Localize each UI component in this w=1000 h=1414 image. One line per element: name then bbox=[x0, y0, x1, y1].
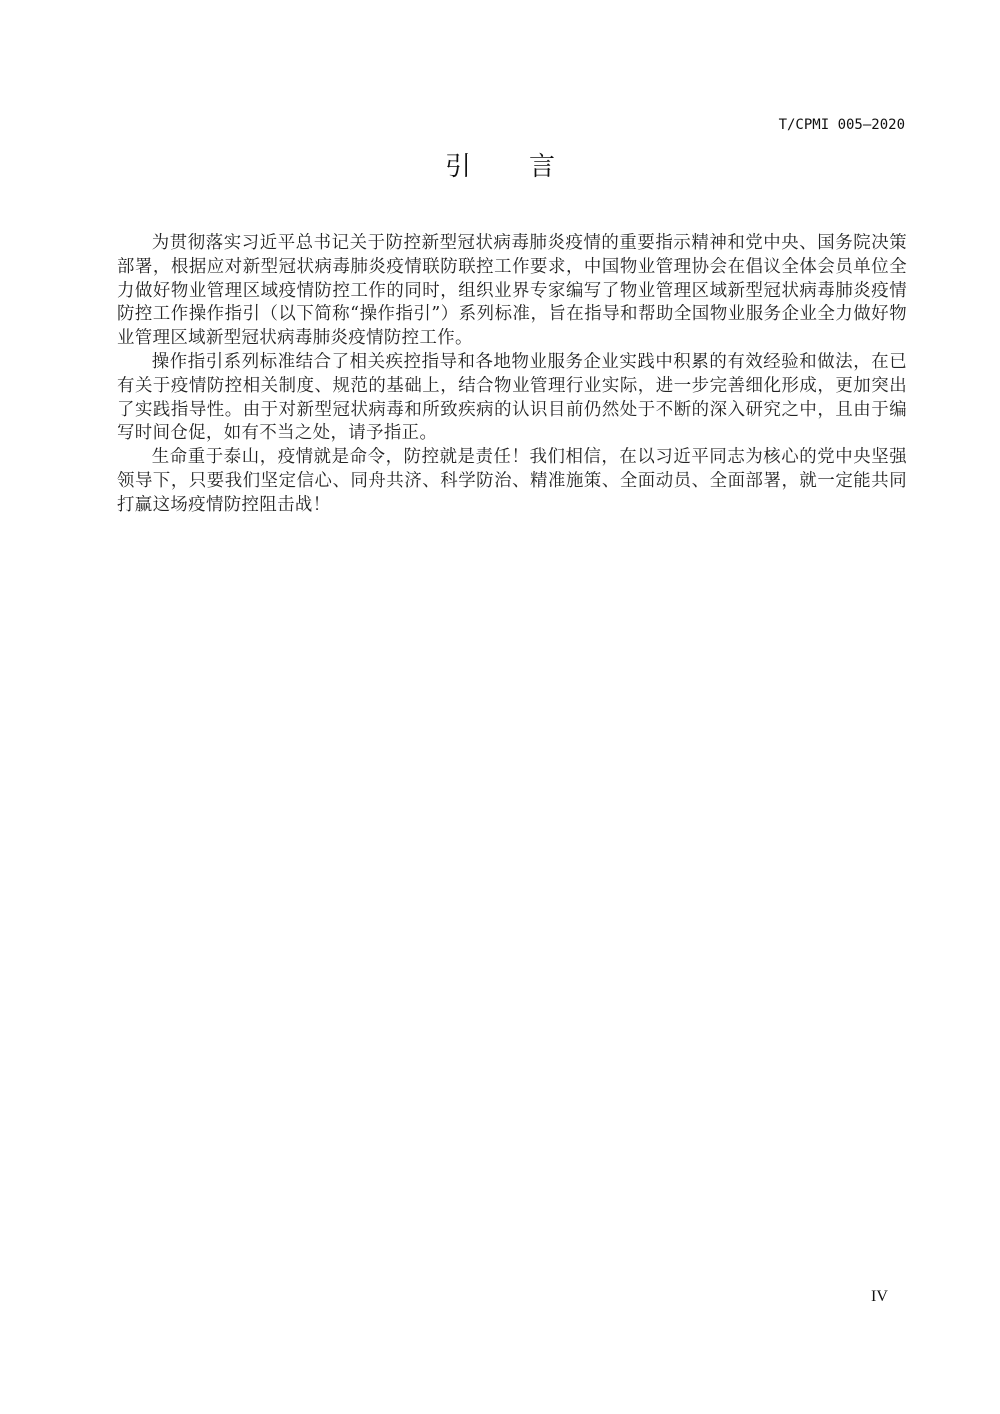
paragraph-3: 生命重于泰山，疫情就是命令，防控就是责任！我们相信，在以习近平同志为核心的党中央… bbox=[117, 446, 907, 517]
standard-code: T/CPMI 005—2020 bbox=[779, 117, 905, 133]
page-title: 引言 bbox=[0, 146, 1000, 183]
paragraph-2: 操作指引系列标准结合了相关疾控指导和各地物业服务企业实践中积累的有效经验和做法，… bbox=[117, 351, 907, 446]
title-char-1: 引 bbox=[445, 146, 471, 183]
paragraph-1: 为贯彻落实习近平总书记关于防控新型冠状病毒肺炎疫情的重要指示精神和党中央、国务院… bbox=[117, 232, 907, 351]
title-char-2: 言 bbox=[529, 146, 555, 183]
page-number: IV bbox=[871, 1288, 888, 1306]
document-body: 为贯彻落实习近平总书记关于防控新型冠状病毒肺炎疫情的重要指示精神和党中央、国务院… bbox=[117, 232, 907, 518]
